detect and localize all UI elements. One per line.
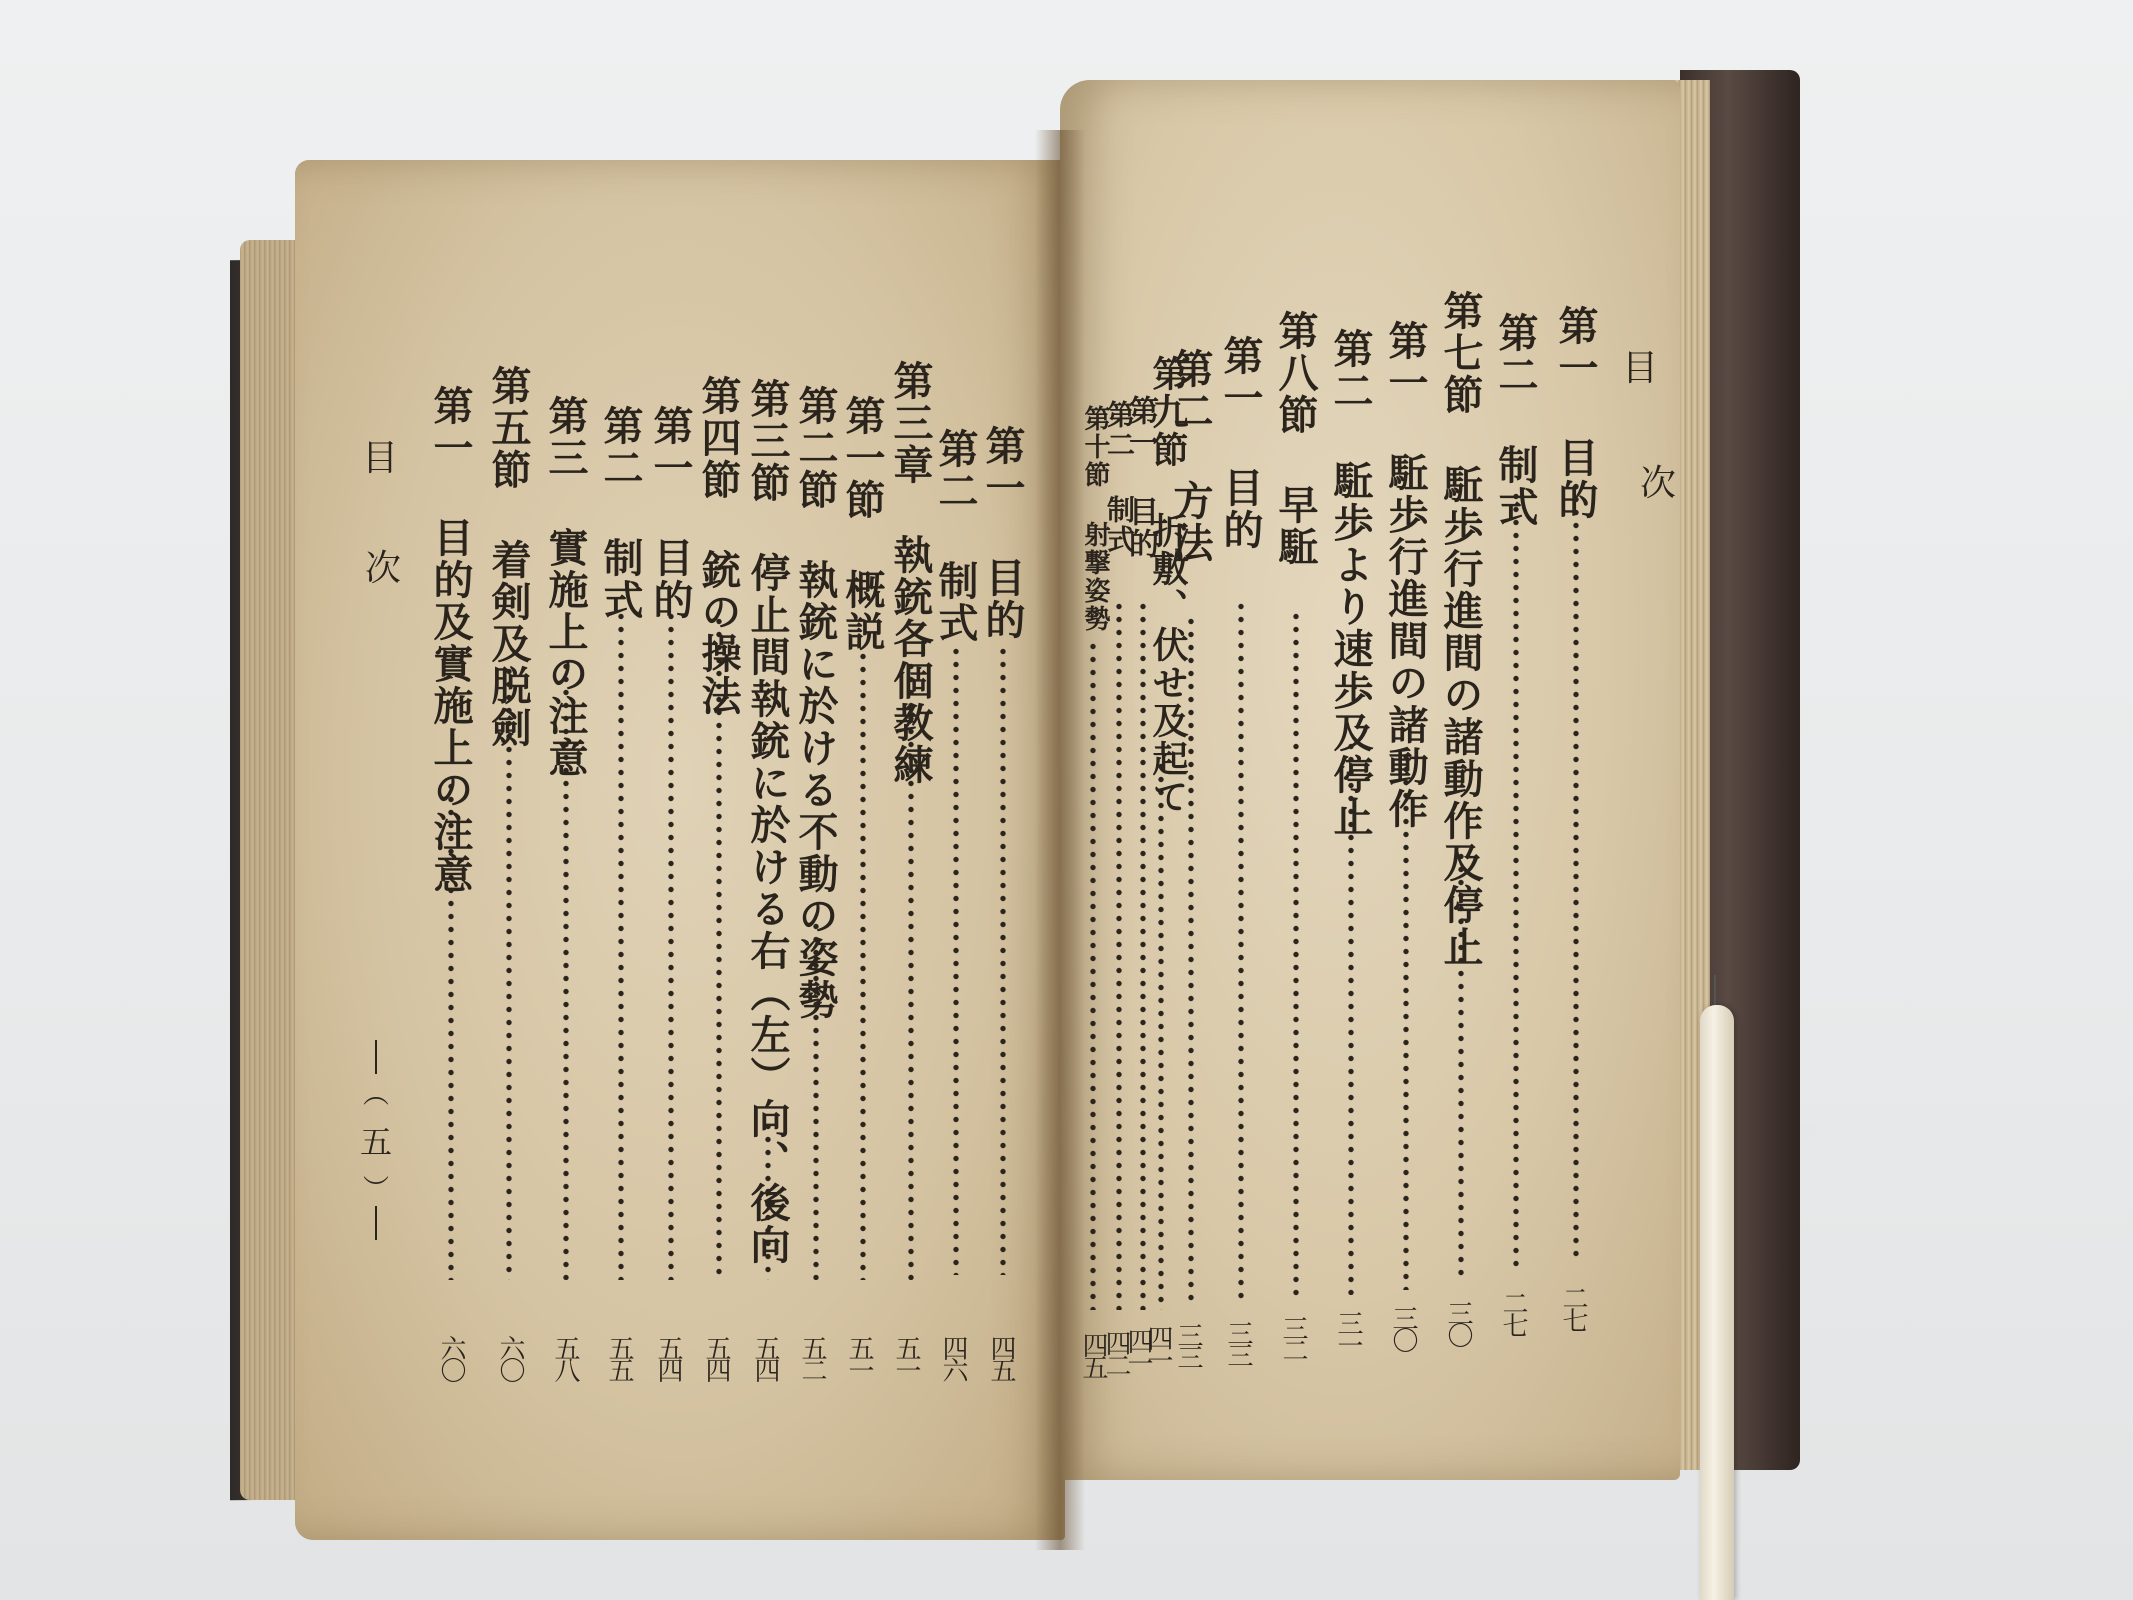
leader-dots: [1513, 490, 1519, 1270]
toc-entry: 第十節 射撃姿勢: [1082, 405, 1108, 633]
folio-line: [375, 1040, 377, 1074]
folio-paren: ︶: [363, 1169, 389, 1206]
leader-dots: [1158, 760, 1164, 1310]
leader-dots: [1238, 600, 1244, 1305]
leader-dots: [563, 660, 569, 1280]
leader-dots: [1403, 750, 1409, 1290]
stick-mark: [1714, 975, 1716, 1005]
folio-page-number: ︵ 五 ︶: [356, 1040, 396, 1240]
toc-entry: 第二 制式: [935, 428, 975, 644]
toc-header-char: 目: [1622, 340, 1658, 391]
leader-dots: [506, 665, 512, 1280]
page-number: 五四: [752, 1335, 778, 1379]
leader-dots: [908, 660, 914, 1280]
page-number: 五八: [552, 1335, 578, 1379]
leader-dots: [1000, 645, 1006, 1275]
toc-header-char: 次: [1640, 455, 1676, 506]
leader-dots: [668, 610, 674, 1280]
leader-dots: [716, 615, 722, 1280]
page-number: 三三: [1175, 1322, 1201, 1366]
leader-dots: [953, 645, 959, 1275]
leader-dots: [860, 650, 866, 1280]
page-number: 五一: [893, 1335, 919, 1379]
folio-paren: ︵: [363, 1074, 389, 1111]
toc-entry: 第一 目的: [982, 425, 1022, 641]
page-number: 五二: [799, 1335, 825, 1379]
page-number: 五四: [655, 1335, 681, 1379]
toc-entry: 第八節 早駈: [1275, 310, 1315, 568]
page-number: 五五: [606, 1335, 632, 1379]
ivory-stick: [1700, 1005, 1734, 1600]
page-number: 四五: [1080, 1332, 1106, 1376]
leader-dots: [1293, 610, 1299, 1300]
leader-dots: [618, 610, 624, 1280]
toc-entry: 第一 目的: [1220, 335, 1260, 551]
page-number: 三〇: [1390, 1305, 1416, 1349]
folio-number: 五: [360, 1117, 392, 1163]
folio-line: [375, 1206, 377, 1240]
page-number: 六〇: [438, 1335, 464, 1379]
page-number: 三〇: [1445, 1300, 1471, 1344]
page-number: 四六: [940, 1335, 966, 1379]
leader-dots: [1573, 480, 1579, 1260]
page-number: 五一: [846, 1335, 872, 1379]
page-number: 四五: [988, 1335, 1014, 1379]
leader-dots: [1458, 850, 1464, 1280]
page-number: 五四: [703, 1335, 729, 1379]
leader-dots: [1348, 740, 1354, 1295]
toc-entry: 第一 目的: [650, 405, 690, 621]
leader-dots: [1116, 600, 1122, 1310]
photo-scene: 目 次 第一 目的 二七 第二 制式 二七 第七節 駈歩行進間の諸動作及停止 三…: [0, 0, 2133, 1600]
toc-entry: 第一節 概説: [842, 395, 882, 653]
left-page: [295, 160, 1065, 1540]
leader-dots: [765, 1120, 771, 1280]
leader-dots: [1090, 640, 1096, 1310]
page-number: 三一: [1335, 1310, 1361, 1354]
toc-header-char: 次: [365, 540, 401, 591]
page-number: 三三: [1225, 1320, 1251, 1364]
page-number: 二七: [1500, 1290, 1526, 1334]
page-number: 二七: [1560, 1285, 1586, 1329]
toc-header-char: 目: [362, 430, 398, 481]
toc-entry: 第二 制式: [600, 405, 640, 621]
leader-dots: [448, 780, 454, 1280]
page-number: 六〇: [497, 1335, 523, 1379]
leader-dots: [813, 920, 819, 1280]
leader-dots: [1140, 600, 1146, 1310]
page-number: 三二: [1280, 1315, 1306, 1359]
